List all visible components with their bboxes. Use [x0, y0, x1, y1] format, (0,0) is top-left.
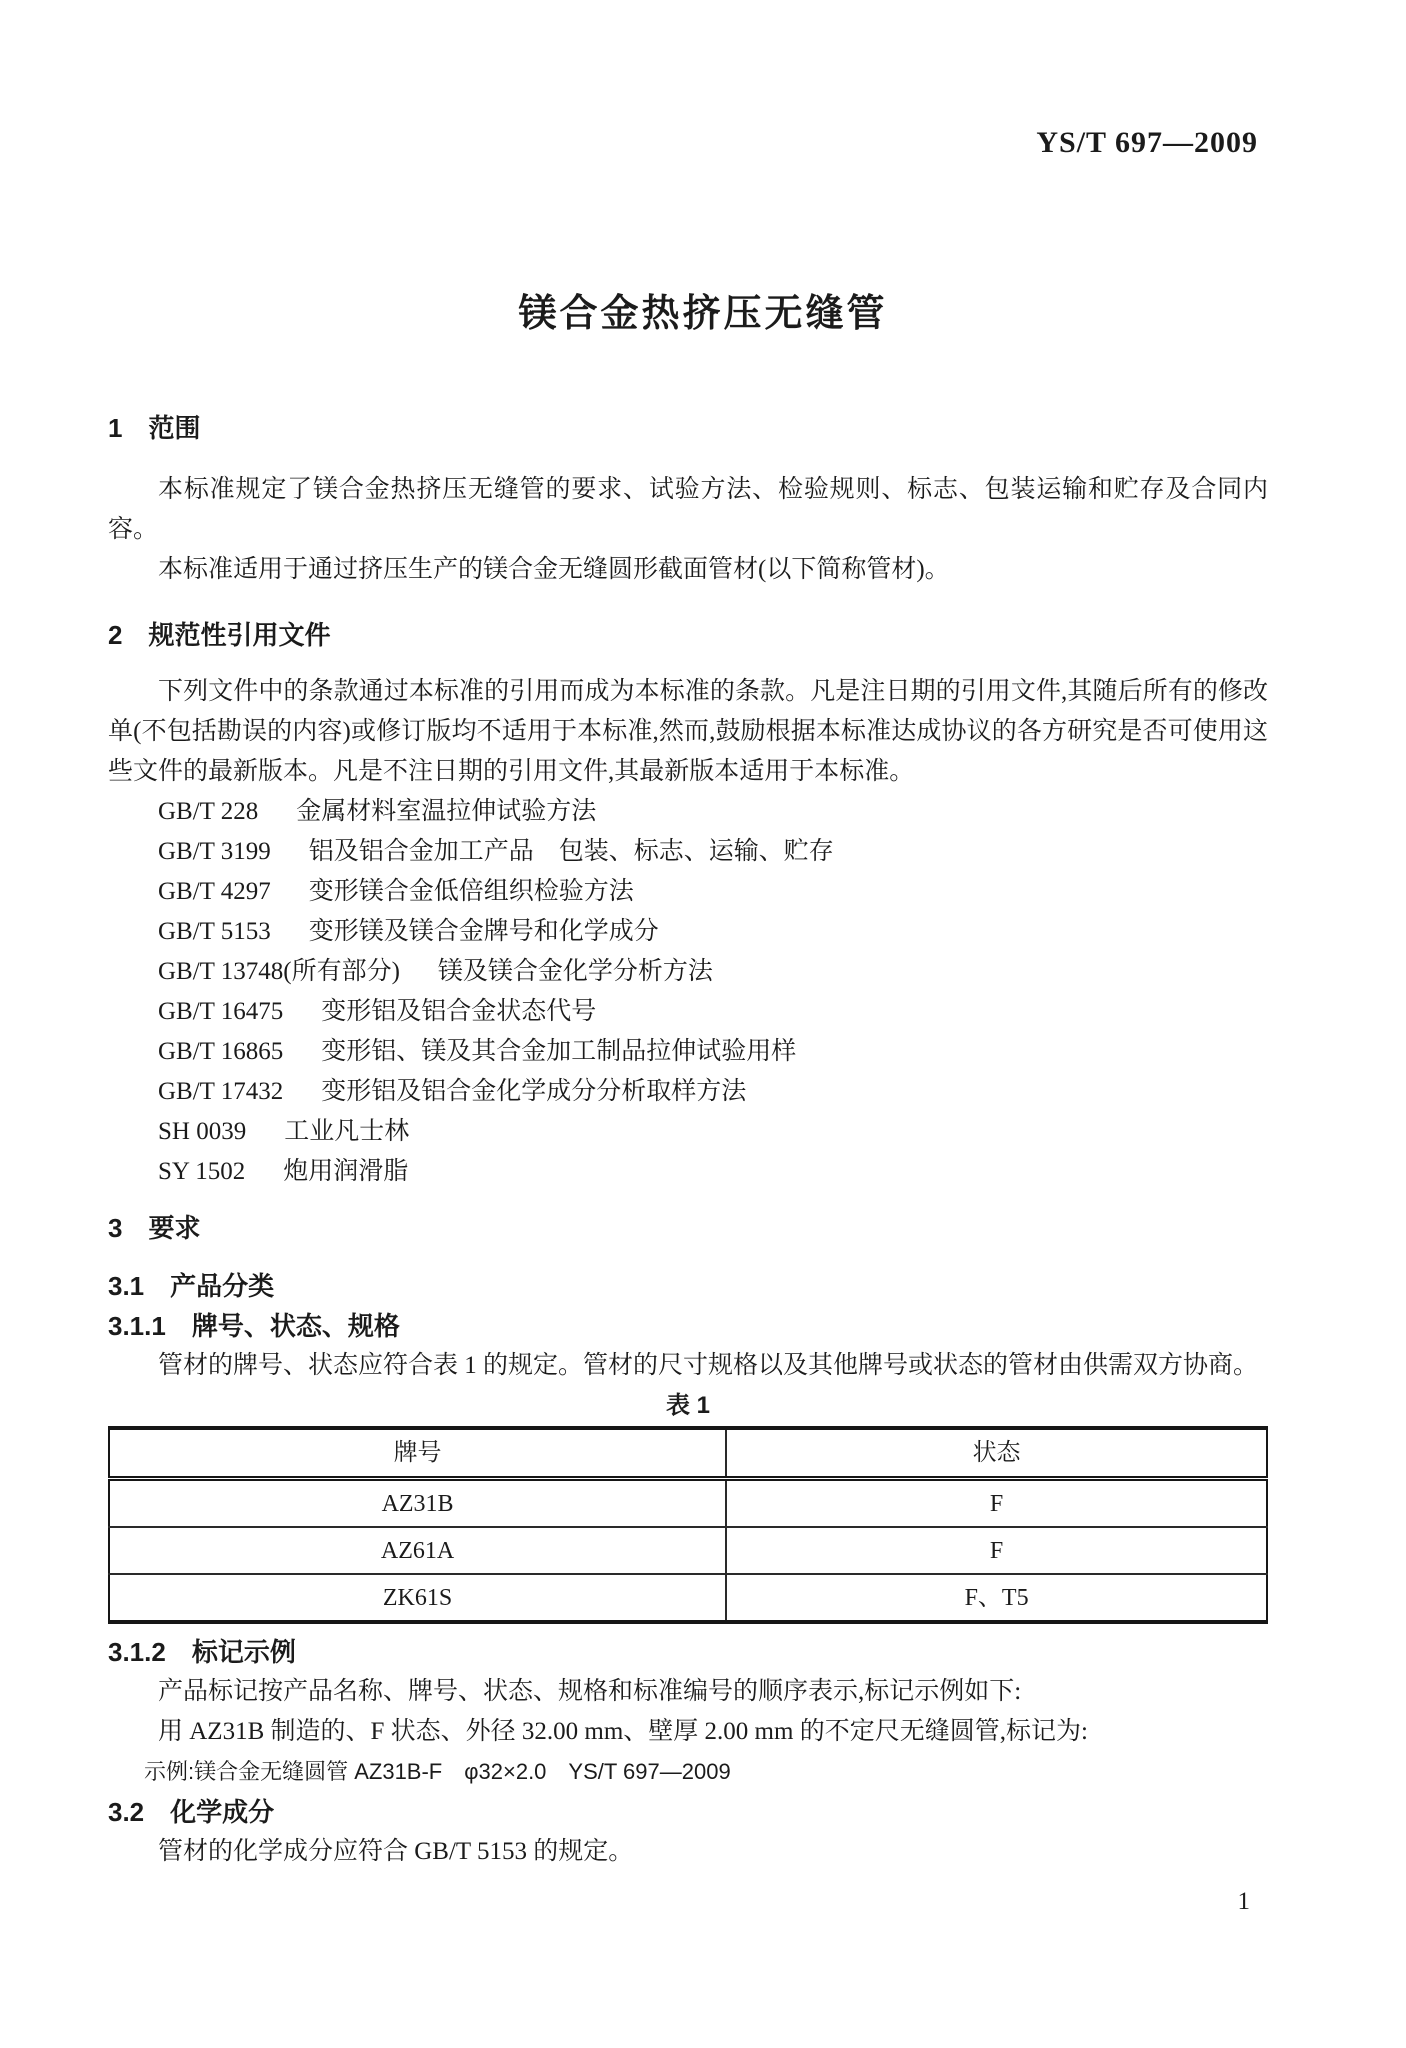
reference-title: 工业凡士林	[284, 1118, 409, 1145]
document-body: 1 范围 本标准规定了镁合金热挤压无缝管的要求、试验方法、检验规则、标志、包装运…	[108, 408, 1268, 1872]
reference-item: GB/T 4297变形镁合金低倍组织检验方法	[108, 872, 1268, 912]
marking-example: 示例:镁合金无缝圆管 AZ31B-F φ32×2.0 YS/T 697—2009	[108, 1752, 1268, 1792]
reference-title: 金属材料室温拉伸试验方法	[296, 798, 596, 825]
reference-code: GB/T 17432	[158, 1078, 283, 1105]
table-cell-state: F	[726, 1527, 1267, 1574]
reference-list: GB/T 228金属材料室温拉伸试验方法 GB/T 3199铝及铝合金加工产品 …	[108, 792, 1268, 1192]
standard-number: YS/T 697—2009	[1036, 126, 1258, 160]
table-row: AZ31B F	[109, 1479, 1267, 1528]
reference-code: GB/T 13748(所有部分)	[158, 958, 400, 985]
table-header-grade: 牌号	[109, 1428, 726, 1479]
section-2-heading: 2 规范性引用文件	[108, 615, 1268, 655]
reference-code: GB/T 228	[158, 798, 258, 825]
reference-code: GB/T 4297	[158, 878, 271, 905]
section-3-1-2-paragraph-1: 产品标记按产品名称、牌号、状态、规格和标准编号的顺序表示,标记示例如下:	[108, 1672, 1268, 1712]
reference-title: 铝及铝合金加工产品 包装、标志、运输、贮存	[309, 838, 834, 865]
document-title: 镁合金热挤压无缝管	[0, 282, 1406, 337]
section-1-heading: 1 范围	[108, 408, 1268, 448]
table-cell-grade: AZ61A	[109, 1527, 726, 1574]
section-2-paragraph-1: 下列文件中的条款通过本标准的引用而成为本标准的条款。凡是注日期的引用文件,其随后…	[108, 672, 1268, 792]
grade-state-table: 牌号 状态 AZ31B F AZ61A F ZK61S F、T5	[108, 1426, 1268, 1624]
section-3-1-1-paragraph: 管材的牌号、状态应符合表 1 的规定。管材的尺寸规格以及其他牌号或状态的管材由供…	[108, 1346, 1268, 1386]
section-3-heading: 3 要求	[108, 1208, 1268, 1248]
section-3-1-2-paragraph-2: 用 AZ31B 制造的、F 状态、外径 32.00 mm、壁厚 2.00 mm …	[108, 1712, 1268, 1752]
table-cell-state: F、T5	[726, 1574, 1267, 1622]
reference-title: 变形铝及铝合金状态代号	[321, 998, 596, 1025]
reference-item: GB/T 228金属材料室温拉伸试验方法	[108, 792, 1268, 832]
page-number: 1	[1238, 1888, 1251, 1916]
table-cell-grade: ZK61S	[109, 1574, 726, 1622]
reference-item: GB/T 16475变形铝及铝合金状态代号	[108, 992, 1268, 1032]
table-row: AZ61A F	[109, 1527, 1267, 1574]
section-1-paragraph-2: 本标准适用于通过挤压生产的镁合金无缝圆形截面管材(以下简称管材)。	[108, 550, 1268, 590]
reference-code: GB/T 5153	[158, 918, 271, 945]
reference-item: GB/T 13748(所有部分)镁及镁合金化学分析方法	[108, 952, 1268, 992]
reference-title: 炮用润滑脂	[283, 1158, 408, 1185]
reference-code: GB/T 16865	[158, 1038, 283, 1065]
table-header-row: 牌号 状态	[109, 1428, 1267, 1479]
reference-title: 变形镁及镁合金牌号和化学成分	[309, 918, 659, 945]
section-3-1-2-heading: 3.1.2 标记示例	[108, 1632, 1268, 1672]
section-3-1-heading: 3.1 产品分类	[108, 1266, 1268, 1306]
table-row: ZK61S F、T5	[109, 1574, 1267, 1622]
reference-title: 变形铝、镁及其合金加工制品拉伸试验用样	[321, 1038, 796, 1065]
reference-title: 变形铝及铝合金化学成分分析取样方法	[321, 1078, 746, 1105]
reference-item: GB/T 16865变形铝、镁及其合金加工制品拉伸试验用样	[108, 1032, 1268, 1072]
reference-code: GB/T 16475	[158, 998, 283, 1025]
reference-title: 镁及镁合金化学分析方法	[438, 958, 713, 985]
reference-item: SH 0039工业凡士林	[108, 1112, 1268, 1152]
reference-item: GB/T 5153变形镁及镁合金牌号和化学成分	[108, 912, 1268, 952]
reference-code: GB/T 3199	[158, 838, 271, 865]
section-3-2-heading: 3.2 化学成分	[108, 1792, 1268, 1832]
section-1-paragraph-1: 本标准规定了镁合金热挤压无缝管的要求、试验方法、检验规则、标志、包装运输和贮存及…	[108, 470, 1268, 550]
table-header-state: 状态	[726, 1428, 1267, 1479]
reference-item: GB/T 3199铝及铝合金加工产品 包装、标志、运输、贮存	[108, 832, 1268, 872]
table-cell-grade: AZ31B	[109, 1479, 726, 1528]
section-3-2-paragraph: 管材的化学成分应符合 GB/T 5153 的规定。	[108, 1832, 1268, 1872]
table-1-caption: 表 1	[108, 1386, 1268, 1426]
reference-item: SY 1502炮用润滑脂	[108, 1152, 1268, 1192]
document-page: YS/T 697—2009 镁合金热挤压无缝管 1 范围 本标准规定了镁合金热挤…	[0, 0, 1406, 2048]
table-cell-state: F	[726, 1479, 1267, 1528]
reference-code: SY 1502	[158, 1158, 245, 1185]
section-3-1-1-heading: 3.1.1 牌号、状态、规格	[108, 1306, 1268, 1346]
reference-code: SH 0039	[158, 1118, 246, 1145]
reference-item: GB/T 17432变形铝及铝合金化学成分分析取样方法	[108, 1072, 1268, 1112]
reference-title: 变形镁合金低倍组织检验方法	[309, 878, 634, 905]
